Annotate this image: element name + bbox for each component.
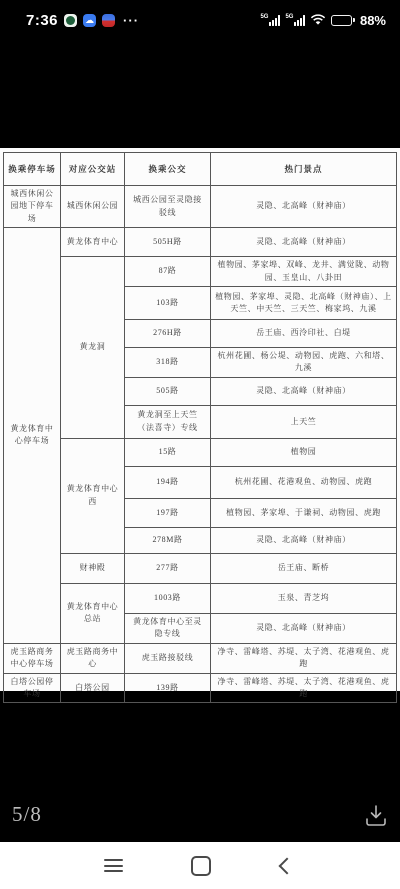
status-bar: 7:36 ☁ ··· 5G 5G 88% bbox=[0, 0, 400, 40]
wifi-icon bbox=[310, 14, 326, 26]
table-cell: 植物园、茅家埠、于谦祠、动物园、虎跑 bbox=[211, 498, 397, 527]
table-row: 财神殿 277路 岳王庙、断桥 bbox=[4, 553, 397, 583]
header-bus-line: 换乘公交 bbox=[125, 153, 211, 186]
table-cell: 103路 bbox=[125, 286, 211, 319]
table-row: 黄龙体育中心总站 1003路 玉泉、青芝坞 bbox=[4, 583, 397, 613]
table-cell: 植物园、茅家埠、双峰、龙井、满觉陇、动物园、玉皇山、八卦田 bbox=[211, 257, 397, 287]
table-cell: 黄龙体育中心 bbox=[61, 228, 125, 257]
table-cell: 15路 bbox=[125, 438, 211, 466]
green-emblem-icon bbox=[66, 16, 75, 25]
table-cell: 277路 bbox=[125, 553, 211, 583]
table-cell: 杭州花圃、花港观鱼、动物园、虎跑 bbox=[211, 466, 397, 498]
table-cell: 灵隐、北高峰（财神庙） bbox=[211, 228, 397, 257]
table-cell: 白塔公园停车场 bbox=[4, 673, 61, 703]
battery-percent: 88% bbox=[360, 13, 386, 28]
table-cell: 灵隐、北高峰（财神庙） bbox=[211, 527, 397, 553]
signal-5g-icon-sim1: 5G bbox=[260, 15, 280, 26]
table-row: 黄龙体育中心停车场 黄龙体育中心 505H路 灵隐、北高峰（财神庙） bbox=[4, 228, 397, 257]
clock: 7:36 bbox=[26, 12, 58, 29]
table-cell: 植物园 bbox=[211, 438, 397, 466]
battery-icon bbox=[331, 15, 355, 26]
table-cell: 1003路 bbox=[125, 583, 211, 613]
table-cell: 虎玉路商务中心 bbox=[61, 643, 125, 673]
chevron-left-icon bbox=[279, 857, 296, 874]
table-row: 白塔公园停车场 白塔公园 139路 净寺、雷峰塔、苏堤、太子湾、花港观鱼、虎跑 bbox=[4, 673, 397, 703]
table-row: 黄龙洞 87路 植物园、茅家埠、双峰、龙井、满觉陇、动物园、玉皇山、八卦田 bbox=[4, 257, 397, 287]
table-cell: 276H路 bbox=[125, 319, 211, 347]
header-attractions: 热门景点 bbox=[211, 153, 397, 186]
table-cell: 黄龙体育中心至灵隐专线 bbox=[125, 613, 211, 643]
page-indicator: 5/8 bbox=[12, 802, 42, 827]
more-notifications-icon: ··· bbox=[123, 13, 139, 28]
home-button[interactable] bbox=[181, 842, 221, 889]
sport-app-icon bbox=[102, 14, 115, 27]
table-cell: 505H路 bbox=[125, 228, 211, 257]
table-header-row: 换乘停车场 对应公交站 换乘公交 热门景点 bbox=[4, 153, 397, 186]
transfer-parking-table: 换乘停车场 对应公交站 换乘公交 热门景点 城西休闲公园地下停车场 城西休闲公园… bbox=[3, 152, 397, 703]
table-cell: 灵隐、北高峰（财神庙） bbox=[211, 186, 397, 228]
download-icon[interactable] bbox=[363, 803, 389, 829]
signal-5g-icon-sim2: 5G bbox=[285, 15, 305, 26]
hamburger-menu-icon bbox=[104, 859, 123, 872]
table-cell: 黄龙体育中心西 bbox=[61, 438, 125, 553]
document-page: 换乘停车场 对应公交站 换乘公交 热门景点 城西休闲公园地下停车场 城西休闲公园… bbox=[0, 148, 400, 691]
weather-app-icon: ☁ bbox=[83, 14, 96, 27]
back-button[interactable] bbox=[265, 842, 305, 889]
table-cell: 灵隐、北高峰（财神庙） bbox=[211, 377, 397, 405]
table-row: 虎玉路商务中心停车场 虎玉路商务中心 虎玉路接驳线 净寺、雷峰塔、苏堤、太子湾、… bbox=[4, 643, 397, 673]
table-cell: 139路 bbox=[125, 673, 211, 703]
table-cell: 505路 bbox=[125, 377, 211, 405]
table-cell: 城西休闲公园地下停车场 bbox=[4, 186, 61, 228]
header-bus-station: 对应公交站 bbox=[61, 153, 125, 186]
table-cell: 玉泉、青芝坞 bbox=[211, 583, 397, 613]
status-bar-left: 7:36 ☁ ··· bbox=[8, 12, 139, 29]
table-row: 黄龙体育中心西 15路 植物园 bbox=[4, 438, 397, 466]
recents-menu-button[interactable] bbox=[93, 842, 133, 889]
table-cell: 虎玉路商务中心停车场 bbox=[4, 643, 61, 673]
header-parking-lot: 换乘停车场 bbox=[4, 153, 61, 186]
table-cell: 白塔公园 bbox=[61, 673, 125, 703]
table-row: 城西休闲公园地下停车场 城西休闲公园 城西公园至灵隐接驳线 灵隐、北高峰（财神庙… bbox=[4, 186, 397, 228]
table-cell: 虎玉路接驳线 bbox=[125, 643, 211, 673]
table-cell: 黄龙洞 bbox=[61, 257, 125, 439]
table-cell: 87路 bbox=[125, 257, 211, 287]
table-cell: 岳王庙、西泠印社、白堤 bbox=[211, 319, 397, 347]
navigation-bar bbox=[0, 842, 400, 889]
table-cell: 194路 bbox=[125, 466, 211, 498]
table-cell: 197路 bbox=[125, 498, 211, 527]
table-cell: 黄龙体育中心停车场 bbox=[4, 228, 61, 644]
table-cell: 植物园、茅家埠、灵隐、北高峰（财神庙）、上天竺、中天竺、三天竺、梅家坞、九溪 bbox=[211, 286, 397, 319]
cloud-icon: ☁ bbox=[85, 16, 94, 25]
table-cell: 278M路 bbox=[125, 527, 211, 553]
phone-screen: 7:36 ☁ ··· 5G 5G 88% bbox=[0, 0, 400, 889]
table-cell: 城西公园至灵隐接驳线 bbox=[125, 186, 211, 228]
table-cell: 财神殿 bbox=[61, 553, 125, 583]
table-cell: 灵隐、北高峰（财神庙） bbox=[211, 613, 397, 643]
notification-app-icon-green bbox=[64, 14, 77, 27]
table-cell: 杭州花圃、杨公堤、动物园、虎跑、六和塔、九溪 bbox=[211, 347, 397, 377]
home-icon bbox=[191, 856, 211, 876]
table-cell: 岳王庙、断桥 bbox=[211, 553, 397, 583]
status-bar-right: 5G 5G 88% bbox=[260, 13, 392, 28]
table-cell: 净寺、雷峰塔、苏堤、太子湾、花港观鱼、虎跑 bbox=[211, 643, 397, 673]
table-cell: 净寺、雷峰塔、苏堤、太子湾、花港观鱼、虎跑 bbox=[211, 673, 397, 703]
table-cell: 318路 bbox=[125, 347, 211, 377]
table-cell: 上天竺 bbox=[211, 405, 397, 438]
table-cell: 黄龙体育中心总站 bbox=[61, 583, 125, 643]
table-cell: 城西休闲公园 bbox=[61, 186, 125, 228]
table-cell: 黄龙洞至上天竺（法喜寺）专线 bbox=[125, 405, 211, 438]
